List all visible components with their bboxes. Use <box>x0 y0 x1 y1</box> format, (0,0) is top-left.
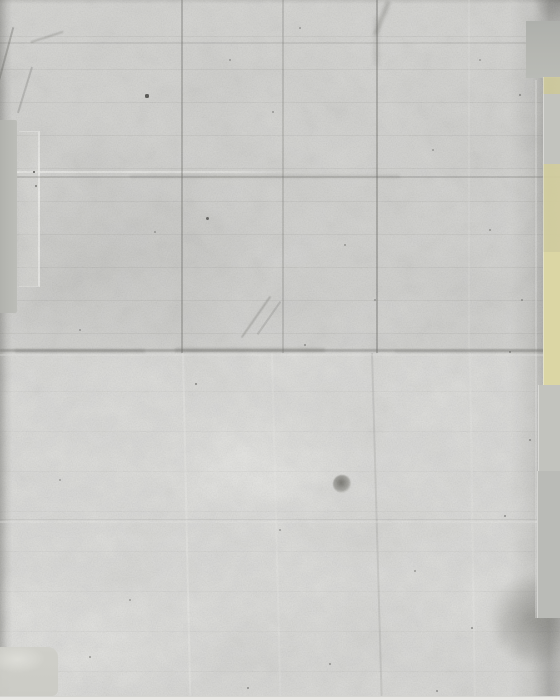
paper-speck <box>195 383 197 385</box>
tape-right-gray-small <box>543 94 560 164</box>
tape-right-gray-lower <box>537 471 560 618</box>
paper-speck <box>154 231 156 233</box>
paper-speck <box>229 59 231 61</box>
tape-left-gray <box>0 120 17 313</box>
paper-speck <box>479 59 481 61</box>
paper-speck <box>129 599 131 601</box>
tape-right-gray-mid <box>538 385 560 471</box>
paper-speck <box>489 229 491 231</box>
paper-speck <box>344 244 346 246</box>
paper-speck <box>304 344 306 346</box>
paper-speck <box>247 687 249 689</box>
paper-speck <box>33 171 36 174</box>
paper-speck <box>79 329 81 331</box>
paper-speck <box>519 94 521 96</box>
paper-speck <box>436 690 438 692</box>
tape-right-yellow-sliver <box>543 77 560 94</box>
paper-speck <box>509 351 511 353</box>
paper-speck <box>529 439 531 441</box>
paper-speck <box>329 663 331 665</box>
paper-speck <box>272 111 274 113</box>
paper-speck <box>299 27 301 29</box>
paper-speck <box>35 185 37 187</box>
paper-speck <box>279 529 281 531</box>
paper-speck <box>521 299 523 301</box>
paper-sheet <box>0 0 560 696</box>
scanner-bed-strip <box>0 696 560 700</box>
tape-top-right-gray <box>526 21 560 78</box>
paper-speck <box>89 656 91 658</box>
paper-speck <box>145 94 148 97</box>
paper-speck <box>432 149 434 151</box>
tape-right-yellow-upper <box>543 164 560 252</box>
paper-speck <box>471 627 473 629</box>
scanned-document <box>0 0 560 700</box>
specks-layer <box>0 0 560 700</box>
paper-speck <box>374 299 376 301</box>
paper-speck <box>504 515 506 517</box>
paper-speck <box>206 217 209 220</box>
paper-speck <box>414 570 416 572</box>
paper-speck <box>59 479 61 481</box>
tape-bottom-left <box>0 647 58 696</box>
tape-right-yellow-main <box>543 252 560 385</box>
